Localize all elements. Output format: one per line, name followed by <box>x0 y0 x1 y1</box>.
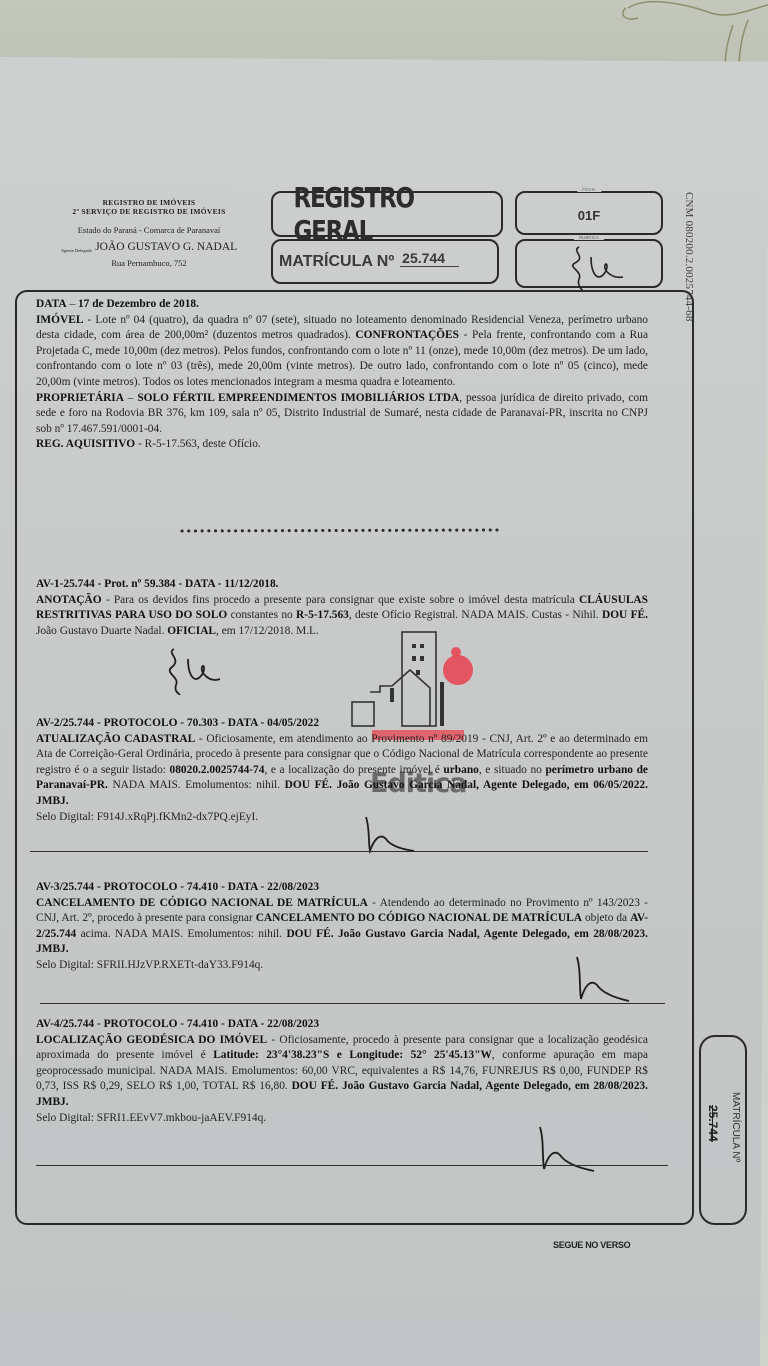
matricula-number: 25.744 <box>400 250 459 267</box>
rubrica-signature-icon <box>557 243 627 291</box>
averbacao-3: AV-3/25.744 - PROTOCOLO - 74.410 - DATA … <box>36 880 648 974</box>
av4-title: LOCALIZAÇÃO GEODÉSICA DO IMÓVEL <box>36 1034 267 1046</box>
av2-text: NADA MAIS. Emolumentos: nihil. <box>112 779 280 791</box>
proprietaria-label: PROPRIETÁRIA <box>36 392 124 404</box>
av2-text: , e situado no <box>479 764 542 776</box>
signature-icon <box>530 1125 600 1175</box>
av3-text: objeto da <box>585 912 627 924</box>
continue-on-back-label: SEGUE NO VERSO <box>553 1240 630 1250</box>
av3-text: acima. NADA MAIS. Emolumentos: nihil. <box>81 928 282 940</box>
av2-text: , e a localização do presente imóvel é <box>264 764 439 776</box>
av1-text: João Gustavo Duarte Nadal. <box>36 625 164 637</box>
entry-separator <box>36 1165 668 1166</box>
av1-bold-ref: R-5-17.563 <box>296 609 349 621</box>
side-matricula-number: 25.744 <box>706 1105 720 1142</box>
av1-text: , em 17/12/2018. M.L. <box>216 625 319 637</box>
matricula-label: MATRÍCULA Nº <box>279 253 394 271</box>
rubrica-caption: RUBRICA <box>574 235 604 240</box>
averbacao-1: AV-1-25.744 - Prot. nº 59.384 - DATA - 1… <box>36 577 648 639</box>
office-address: Rua Pernambuco, 752 <box>44 258 254 268</box>
averbacao-2: AV-2/25.744 - PROTOCOLO - 70.303 - DATA … <box>36 716 648 825</box>
document-title: REGISTRO GERAL <box>294 181 481 247</box>
ficha-box: FICHA 01F <box>515 191 663 235</box>
av2-selo-digital: Selo Digital: F914J.xRqPj.fKMn2-dx7PQ.ej… <box>36 811 258 823</box>
ficha-value: 01F <box>578 208 600 223</box>
av3-title: CANCELAMENTO DE CÓDIGO NACIONAL DE MATRÍ… <box>36 897 368 909</box>
agent-name: JOÃO GUSTAVO G. NADAL <box>95 241 237 253</box>
av4-coordinates: Latitude: 23°4'38.23"S e Longitude: 52° … <box>213 1049 492 1061</box>
av1-text: Para os devidos fins procedo a presente … <box>114 594 575 606</box>
av3-selo-digital: Selo Digital: SFRII.HJzVP.RXETt-daY33.F9… <box>36 959 263 971</box>
av2-title: ATUALIZAÇÃO CADASTRAL <box>36 733 195 745</box>
av3-bold: CANCELAMENTO DO CÓDIGO NACIONAL DE MATRÍ… <box>256 912 582 924</box>
av4-heading: AV-4/25.744 - PROTOCOLO - 74.410 - DATA … <box>36 1018 319 1030</box>
side-matricula-label: MATRÍCULA Nº <box>730 1092 741 1162</box>
matricula-box: MATRÍCULA Nº 25.744 <box>271 239 499 284</box>
registro-geral-box: REGISTRO GERAL <box>271 191 503 237</box>
rubrica-box: RUBRICA <box>515 239 663 288</box>
agent-line: Agente Delegado JOÃO GUSTAVO G. NADAL <box>44 241 254 253</box>
state-line: Estado do Paraná - Comarca de Paranavaí <box>44 225 254 235</box>
av1-text: , deste Ofício Registral. NADA MAIS. Cus… <box>349 609 599 621</box>
registry-office-header: REGISTRO DE IMÓVEIS 2º SERVIÇO DE REGIST… <box>44 198 254 268</box>
av1-oficial: OFICIAL <box>167 625 216 637</box>
dotted-separator <box>180 526 500 536</box>
imovel-label: IMÓVEL <box>36 314 83 326</box>
data-value: 17 de Dezembro de 2018. <box>78 298 199 310</box>
reg-aquisitivo-text: R-5-17.563, deste Ofício. <box>145 438 261 450</box>
entry-separator <box>40 1003 665 1004</box>
av2-heading: AV-2/25.744 - PROTOCOLO - 70.303 - DATA … <box>36 717 319 729</box>
av3-heading: AV-3/25.744 - PROTOCOLO - 74.410 - DATA … <box>36 881 319 893</box>
registro-inicial: DATA – 17 de Dezembro de 2018. IMÓVEL - … <box>36 297 648 453</box>
ficha-caption: FICHA <box>577 187 601 192</box>
proprietaria-name: SOLO FÉRTIL EMPREENDIMENTOS IMOBILIÁRIOS… <box>137 392 459 404</box>
office-line-1: REGISTRO DE IMÓVEIS <box>44 198 254 207</box>
averbacao-4: AV-4/25.744 - PROTOCOLO - 74.410 - DATA … <box>36 1017 648 1126</box>
av1-text: constantes no <box>231 609 293 621</box>
av4-selo-digital: Selo Digital: SFRI1.EEvV7.mkbou-jaAEV.F9… <box>36 1112 266 1124</box>
signature-icon <box>360 815 420 855</box>
av2-cnm-code: 08020.2.0025744-74 <box>170 764 265 776</box>
entry-separator <box>30 851 648 852</box>
signature-icon <box>160 645 230 695</box>
data-label: DATA <box>36 298 67 310</box>
office-line-2: 2º SERVIÇO DE REGISTRO DE IMÓVEIS <box>44 207 254 216</box>
confrontacoes-label: CONFRONTAÇÕES <box>355 329 459 341</box>
reg-aquisitivo-label: REG. AQUISITIVO <box>36 438 135 450</box>
av1-title: ANOTAÇÃO <box>36 594 102 606</box>
signature-icon <box>565 955 635 1005</box>
av1-heading: AV-1-25.744 - Prot. nº 59.384 - DATA - 1… <box>36 578 279 590</box>
av2-bold: urbano <box>443 764 478 776</box>
agent-caption: Agente Delegado <box>61 248 92 253</box>
av1-dou-fe: DOU FÉ. <box>602 609 648 621</box>
